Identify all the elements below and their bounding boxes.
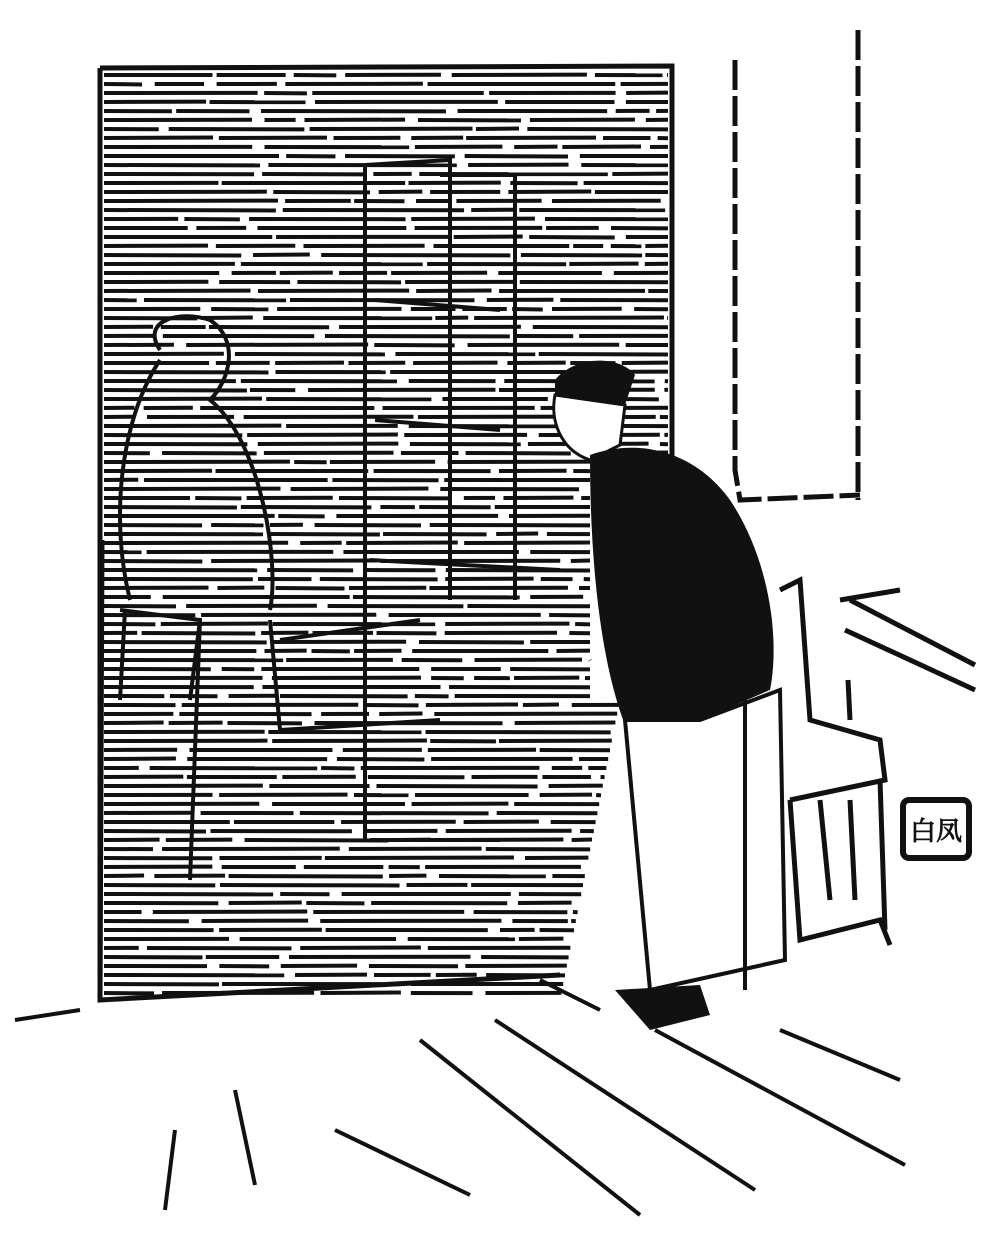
floor-lines xyxy=(15,980,905,1215)
illustration: 白凤 xyxy=(0,0,1000,1255)
shoes xyxy=(615,985,710,1030)
artwork-canvas: 白凤 xyxy=(0,0,1000,1255)
seal-text: 白凤 xyxy=(910,817,962,847)
jacket xyxy=(590,448,774,725)
window-frame xyxy=(735,30,860,500)
interior-shapes xyxy=(120,160,560,880)
chair xyxy=(780,580,975,945)
artist-seal: 白凤 xyxy=(903,800,969,858)
robe xyxy=(625,690,785,990)
bamboo-screen xyxy=(104,75,668,994)
